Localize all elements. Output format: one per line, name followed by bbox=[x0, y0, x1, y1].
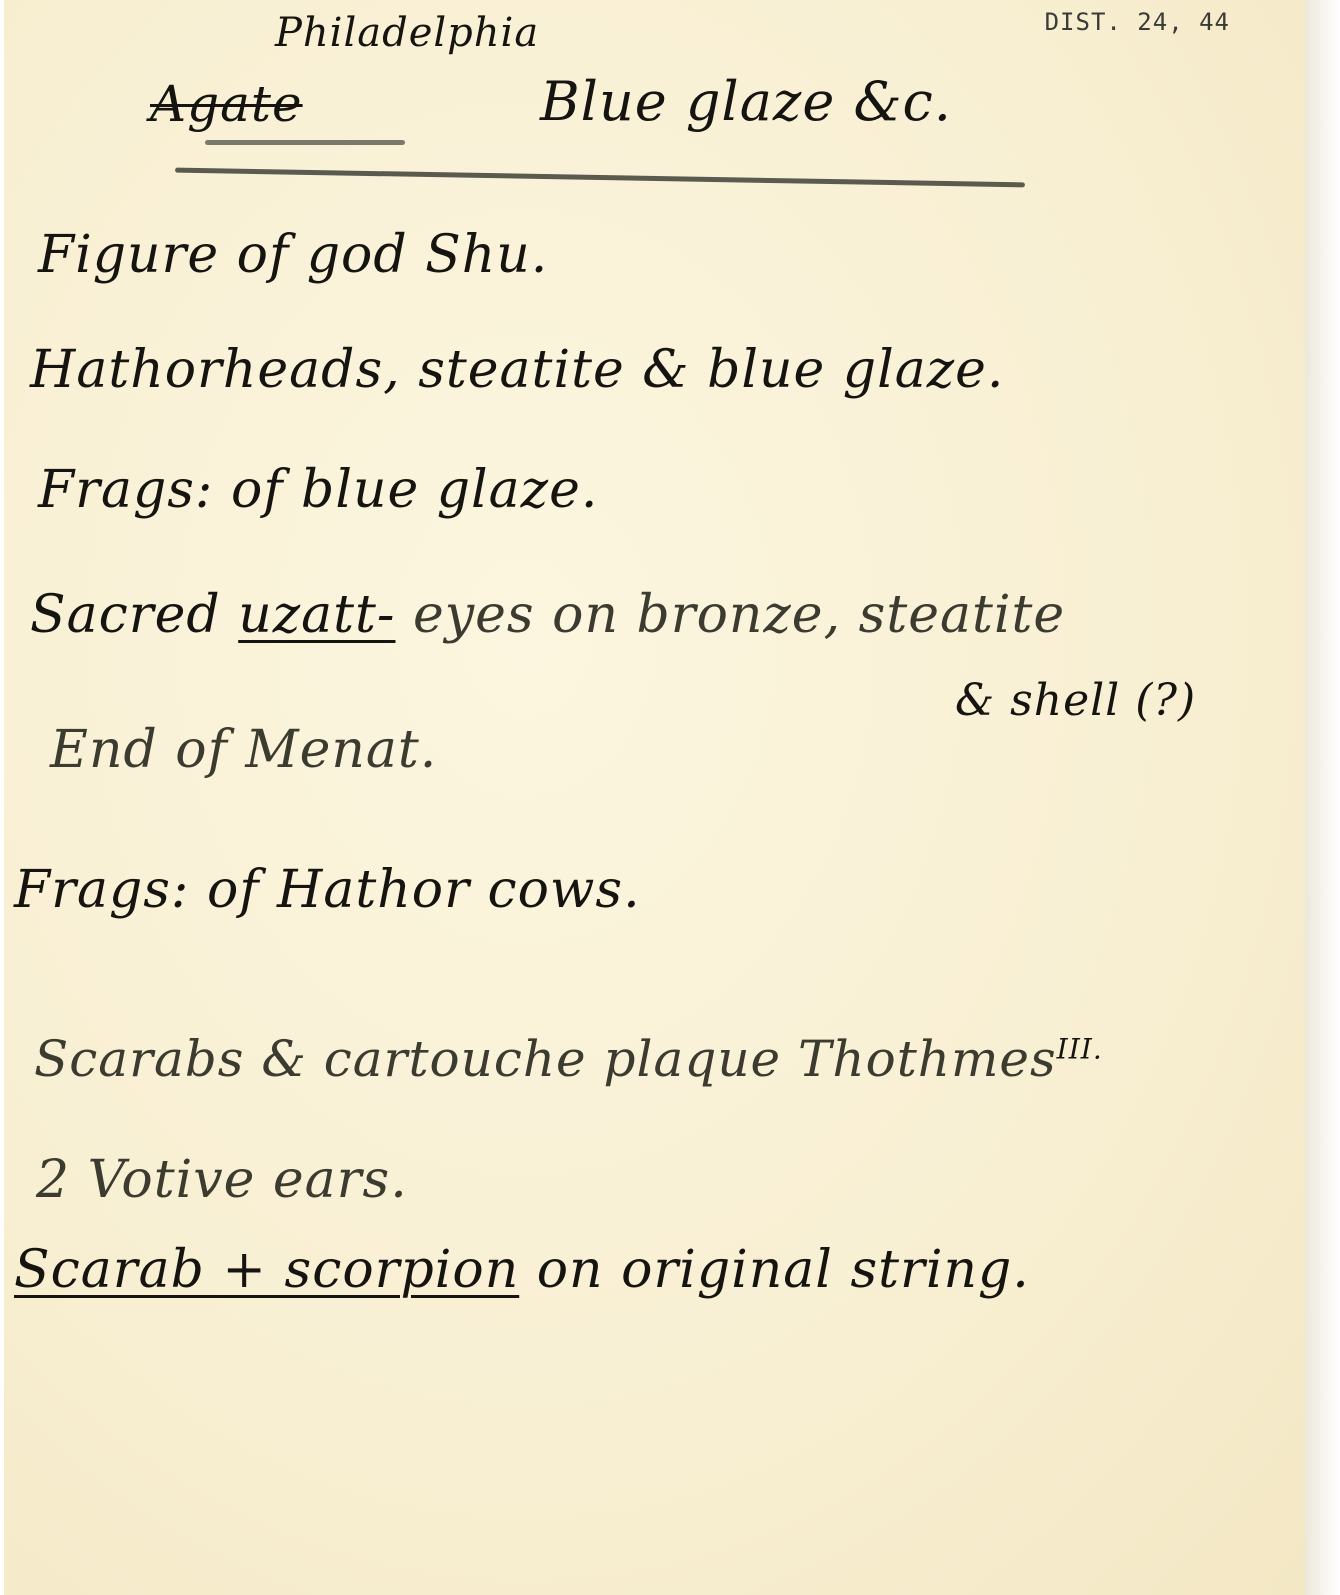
item-8: 2 Votive ears. bbox=[36, 1150, 408, 1210]
item-4-prefix: Sacred bbox=[30, 585, 238, 645]
item-9: Scarab + scorpion on original string. bbox=[14, 1240, 1030, 1300]
inserted-heading-word: Philadelphia bbox=[275, 10, 539, 56]
item-7-text: Scarabs & cartouche plaque Thothmes bbox=[34, 1030, 1057, 1088]
struck-heading-word: Agate bbox=[150, 75, 303, 133]
item-4-corrected-word: uzatt- bbox=[238, 585, 395, 645]
item-4: Sacred uzatt- eyes on bronze, steatite bbox=[30, 585, 1065, 645]
item-6: Frags: of Hathor cows. bbox=[14, 860, 641, 920]
item-4-text: eyes on bronze, steatite bbox=[395, 585, 1065, 645]
item-4-continuation: & shell (?) bbox=[955, 675, 1196, 726]
item-9-text: on original string. bbox=[519, 1240, 1030, 1300]
item-9-underlined: Scarab + scorpion bbox=[14, 1240, 519, 1300]
page-edge bbox=[1305, 0, 1340, 1595]
item-3: Frags: of blue glaze. bbox=[38, 460, 598, 520]
item-5: End of Menat. bbox=[50, 720, 437, 780]
item-7: Scarabs & cartouche plaque ThothmesIII. bbox=[34, 1030, 1103, 1088]
item-1: Figure of god Shu. bbox=[38, 225, 548, 285]
heading-short-underline bbox=[205, 140, 405, 145]
item-2: Hathorheads, steatite & blue glaze. bbox=[30, 340, 1004, 400]
reference-number: DIST. 24, 44 bbox=[1045, 8, 1230, 36]
heading-title: Blue glaze &c. bbox=[540, 70, 952, 133]
item-7-regnal-numeral: III. bbox=[1057, 1032, 1103, 1065]
